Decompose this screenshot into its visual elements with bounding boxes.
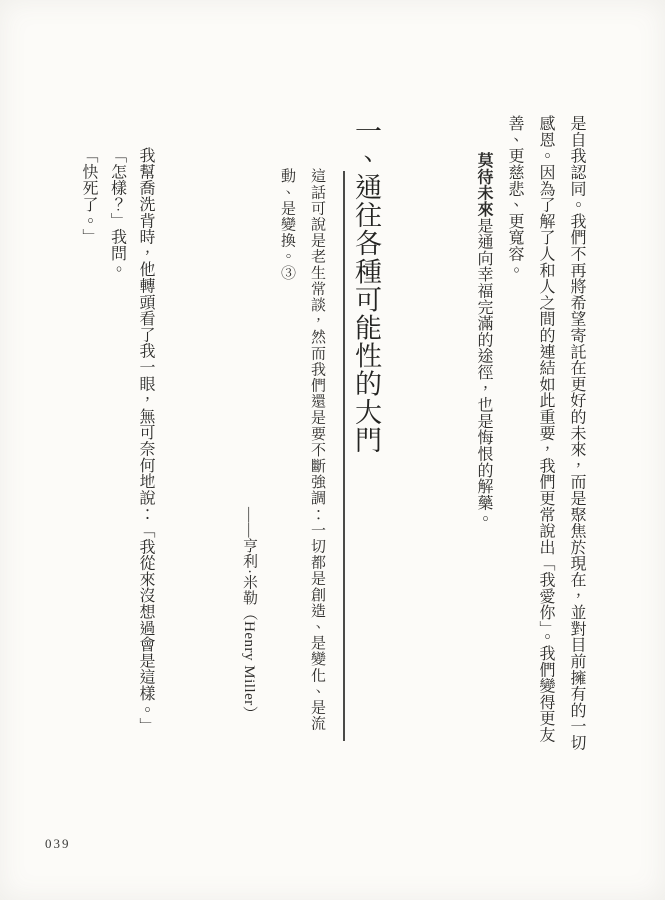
- page-number: 039: [45, 836, 71, 852]
- intro-paragraph-2-lead: 莫待未來: [475, 152, 492, 217]
- body-paragraph-2: 「怎樣？」我問。: [102, 115, 131, 752]
- chapter-title: 一、通往各種可能性的大門: [347, 117, 385, 857]
- body-paragraphs: 我幫喬洗背時，他轉頭看了我一眼，無可奈何地說：「我從來沒想過會是這樣。」 「怎樣…: [74, 115, 160, 752]
- body-paragraph-3: 「快死了。」: [74, 115, 103, 752]
- intro-paragraph-2-rest: 是通向幸福完滿的途徑，也是悔恨的解藥。: [475, 217, 492, 527]
- chapter-title-rule: [343, 171, 345, 741]
- epigraph-quote: 這話可說是老生常談，然而我們還是要不斷強調：一切都是創造、是變化、是流動、是變換…: [272, 168, 332, 738]
- book-page: 是自我認同。我們不再將希望寄託在更好的未來，而是聚焦於現在，並對目前擁有的一切感…: [0, 0, 665, 900]
- intro-paragraphs: 是自我認同。我們不再將希望寄託在更好的未來，而是聚焦於現在，並對目前擁有的一切感…: [468, 115, 592, 757]
- intro-paragraph-2: 莫待未來是通向幸福完滿的途徑，也是悔恨的解藥。: [468, 115, 499, 757]
- intro-paragraph-1: 是自我認同。我們不再將希望寄託在更好的未來，而是聚焦於現在，並對目前擁有的一切感…: [499, 115, 592, 757]
- body-paragraph-1: 我幫喬洗背時，他轉頭看了我一眼，無可奈何地說：「我從來沒想過會是這樣。」: [131, 115, 160, 752]
- epigraph-attribution: ——亨利·米勒（Henry Miller）: [239, 507, 259, 797]
